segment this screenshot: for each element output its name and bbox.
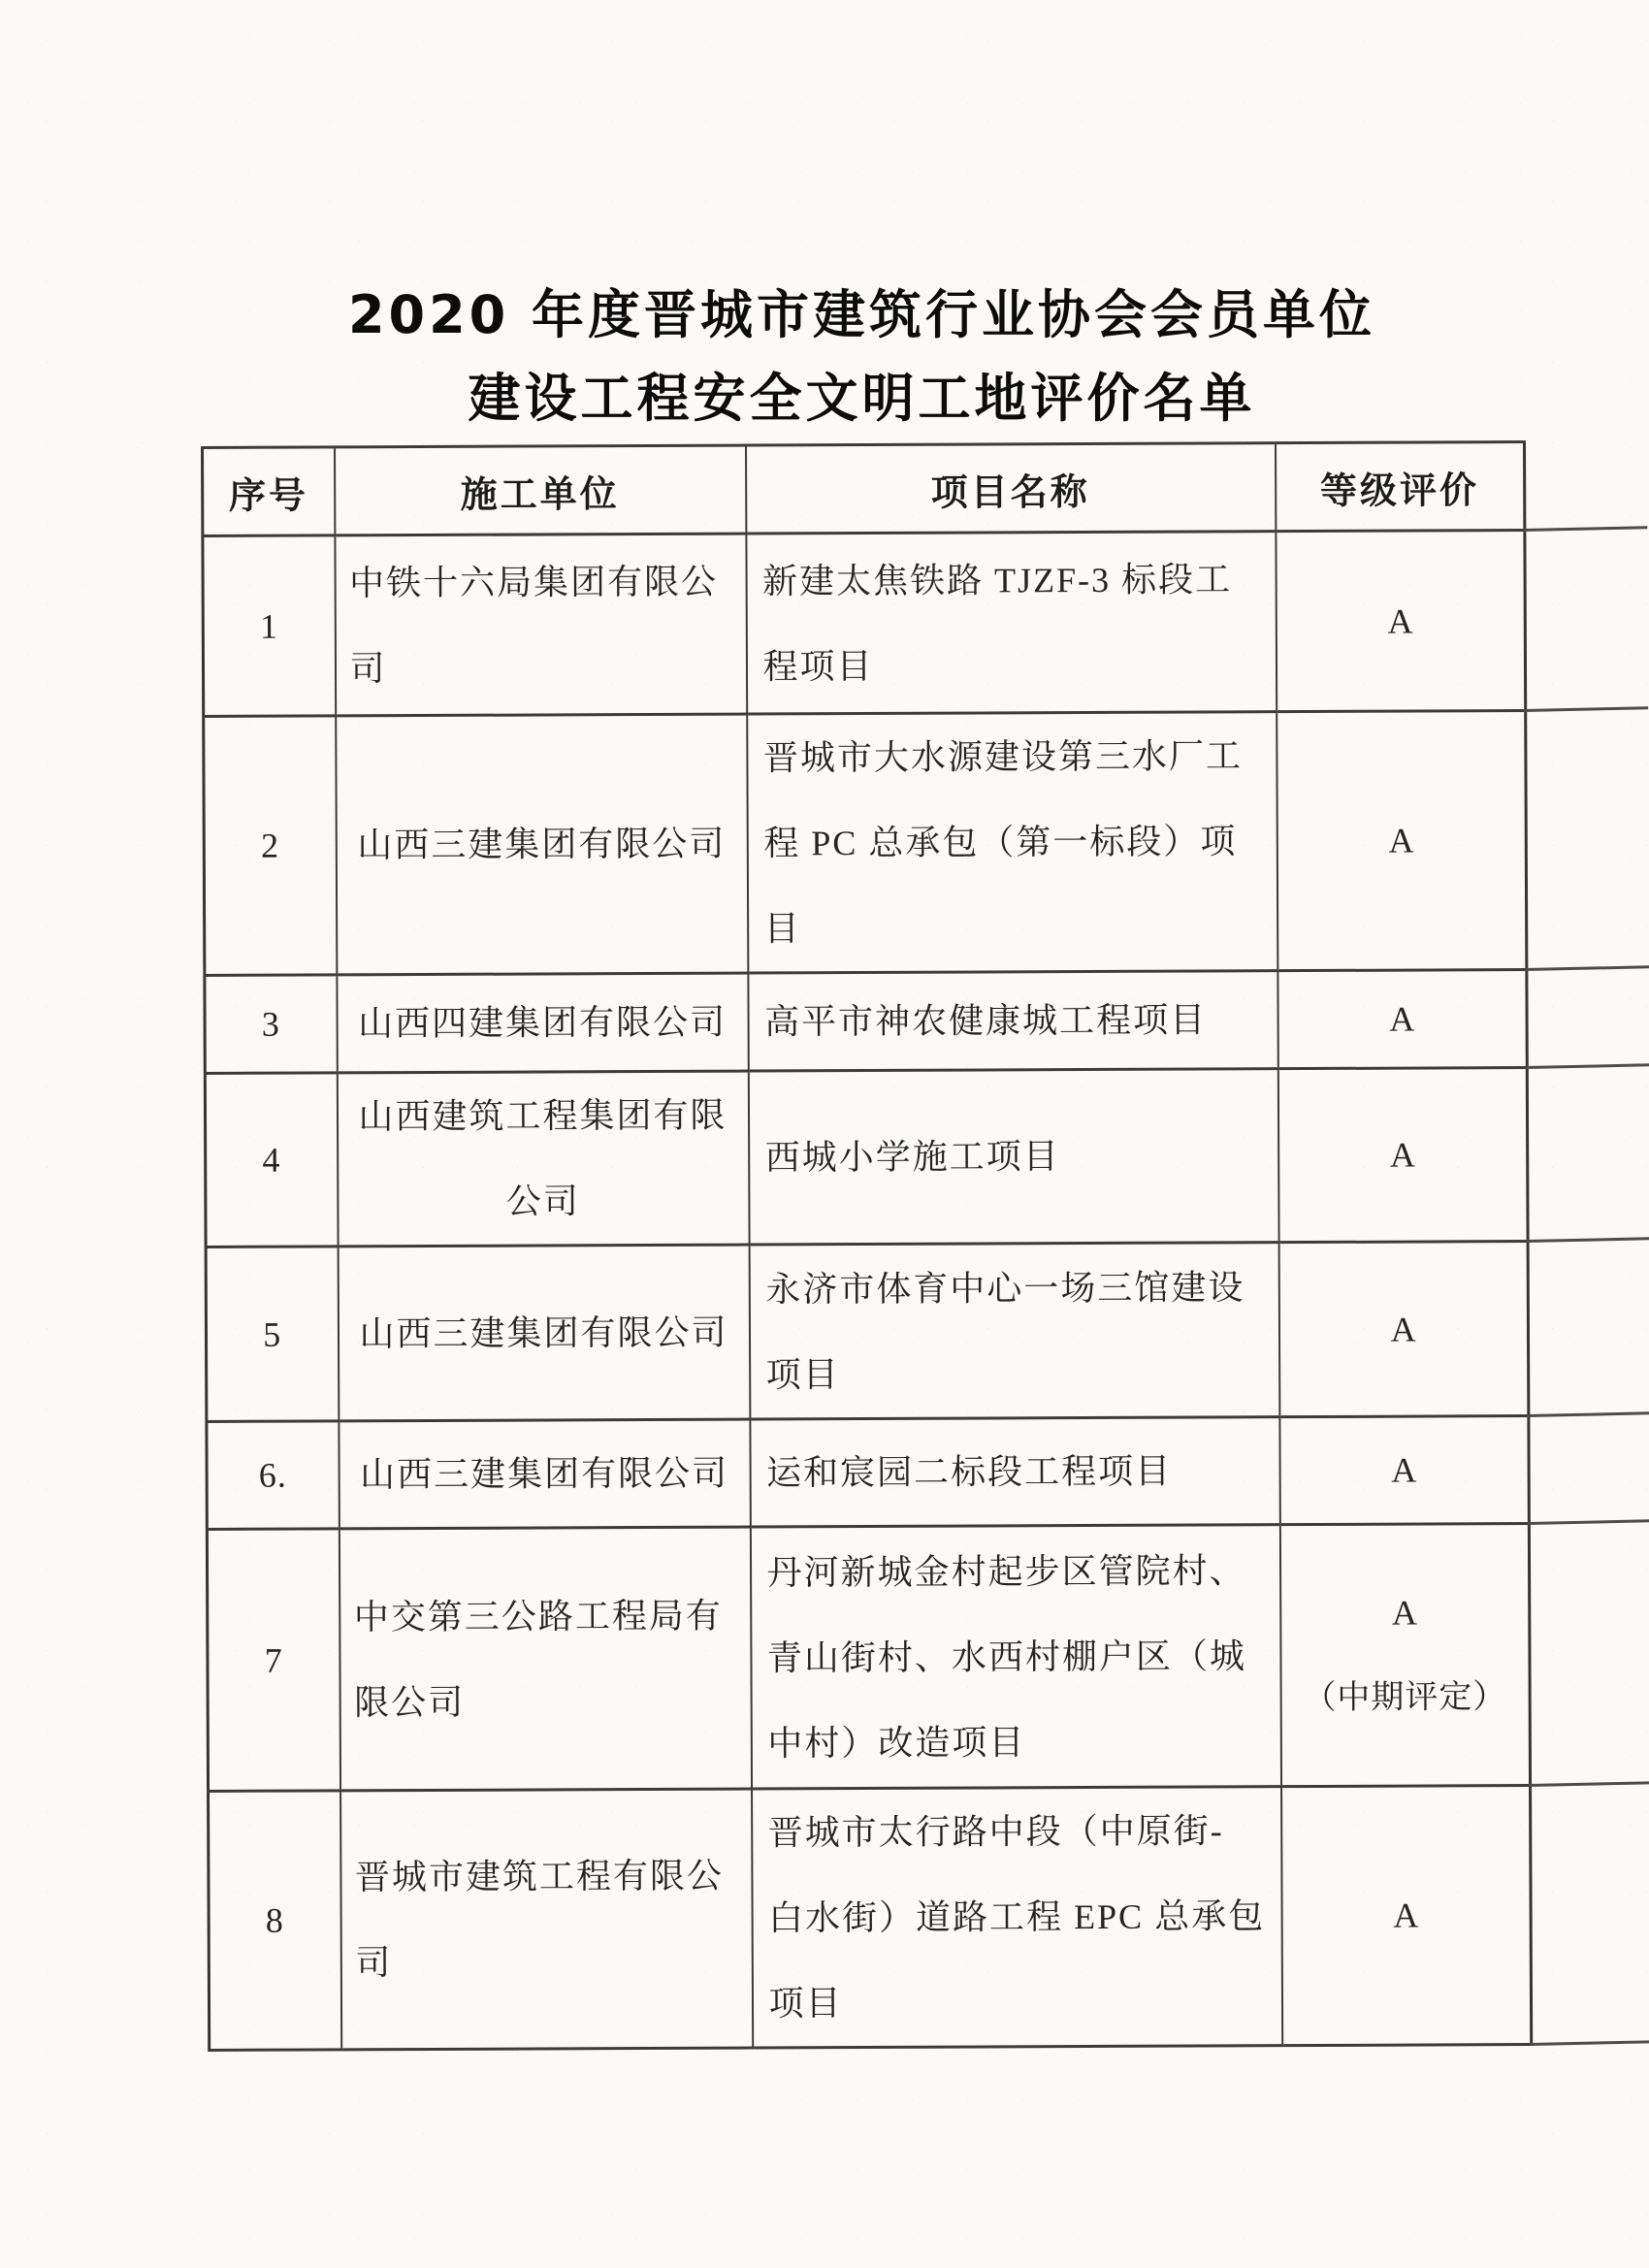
grade-value: A	[1280, 1286, 1526, 1373]
grade-cell: A	[1276, 531, 1526, 712]
construction-unit-cell: 山西三建集团有限公司	[338, 1245, 750, 1421]
grade-value: A	[1278, 797, 1524, 884]
serial-number-cell: 6.	[207, 1421, 339, 1530]
construction-unit-cell: 山西三建集团有限公司	[339, 1419, 750, 1529]
grade-cell: A	[1281, 1786, 1532, 2046]
grade-value: A	[1281, 1427, 1527, 1513]
serial-number-cell: 4	[205, 1073, 338, 1247]
grade-value: A	[1280, 1112, 1526, 1198]
project-name-cell: 运和宸园二标段工程项目	[750, 1417, 1279, 1527]
serial-number-cell: 8	[209, 1791, 341, 2051]
grade-value: A	[1279, 976, 1525, 1062]
grade-cell: A	[1277, 711, 1527, 971]
grade-cell: A	[1278, 1242, 1529, 1417]
table-row: 7 中交第三公路工程局有 限公司 丹河新城金村起步区管院村、 青山街村、水西村棚…	[207, 1524, 1530, 1792]
table-row: 8 晋城市建筑工程有限公 司 晋城市太行路中段（中原街- 白水街）道路工程 EP…	[209, 1786, 1532, 2051]
grade-cell: A （中期评定）	[1279, 1524, 1530, 1787]
serial-number-cell: 7	[207, 1529, 339, 1792]
evaluation-table: 序号 施工单位 项目名称 等级评价 1 中铁十六局集团有限公 司 新建太焦铁路 …	[201, 440, 1533, 2052]
document-title-line2: 建设工程安全文明工地评价名单	[201, 357, 1523, 440]
document-title-line1: 2020 年度晋城市建筑行业协会会员单位	[201, 274, 1523, 357]
header-project-name: 项目名称	[746, 443, 1276, 534]
project-name-cell: 丹河新城金村起步区管院村、 青山街村、水西村棚户区（城 中村）改造项目	[750, 1525, 1280, 1789]
grade-value: A	[1282, 1570, 1528, 1656]
project-name-cell: 西城小学施工项目	[748, 1069, 1278, 1245]
table-row: 3 山西四建集团有限公司 高平市神农健康城工程项目 A	[205, 970, 1527, 1074]
project-name-cell: 晋城市大水源建设第三水厂工 程 PC 总承包（第一标段）项目	[747, 712, 1277, 973]
table-row: 6. 山西三建集团有限公司 运和宸园二标段工程项目 A	[207, 1416, 1529, 1530]
grade-value: A	[1283, 1872, 1529, 1959]
serial-number-cell: 1	[203, 535, 336, 717]
grade-cell: A	[1279, 1416, 1529, 1525]
construction-unit-cell: 山西四建集团有限公司	[337, 973, 748, 1073]
header-grade-evaluation: 等级评价	[1275, 442, 1524, 532]
scanned-document-page: { "document": { "title_line1": "2020 年度晋…	[0, 0, 1649, 2268]
table-row: 1 中铁十六局集团有限公 司 新建太焦铁路 TJZF-3 标段工 程项目 A	[203, 531, 1526, 717]
document-title: 2020 年度晋城市建筑行业协会会员单位 建设工程安全文明工地评价名单	[201, 274, 1523, 440]
table-row: 4 山西建筑工程集团有限 公司 西城小学施工项目 A	[205, 1068, 1528, 1247]
project-name-cell: 新建太焦铁路 TJZF-3 标段工 程项目	[746, 532, 1277, 714]
grade-cell: A	[1277, 1068, 1528, 1243]
construction-unit-cell: 中交第三公路工程局有 限公司	[339, 1527, 751, 1791]
construction-unit-cell: 晋城市建筑工程有限公 司	[340, 1789, 753, 2050]
grade-note: （中期评定）	[1282, 1655, 1528, 1741]
project-name-cell: 晋城市太行路中段（中原街- 白水街）道路工程 EPC 总承包 项目	[752, 1787, 1282, 2048]
serial-number-cell: 3	[205, 975, 337, 1074]
table-header-row: 序号 施工单位 项目名称 等级评价	[203, 442, 1525, 536]
table-row: 2 山西三建集团有限公司 晋城市大水源建设第三水厂工 程 PC 总承包（第一标段…	[204, 711, 1527, 976]
construction-unit-cell: 中铁十六局集团有限公 司	[335, 534, 747, 716]
table-row: 5 山西三建集团有限公司 永济市体育中心一场三馆建设 项目 A	[206, 1242, 1529, 1422]
serial-number-cell: 2	[204, 716, 337, 976]
grade-value: A	[1277, 578, 1523, 664]
header-serial-number: 序号	[203, 447, 335, 536]
construction-unit-cell: 山西建筑工程集团有限 公司	[337, 1071, 749, 1247]
project-name-cell: 永济市体育中心一场三馆建设 项目	[749, 1243, 1279, 1419]
grade-cell: A	[1277, 970, 1527, 1069]
construction-unit-cell: 山西三建集团有限公司	[336, 714, 748, 975]
header-construction-unit: 施工单位	[335, 445, 746, 535]
project-name-cell: 高平市神农健康城工程项目	[748, 971, 1277, 1071]
serial-number-cell: 5	[206, 1247, 339, 1422]
